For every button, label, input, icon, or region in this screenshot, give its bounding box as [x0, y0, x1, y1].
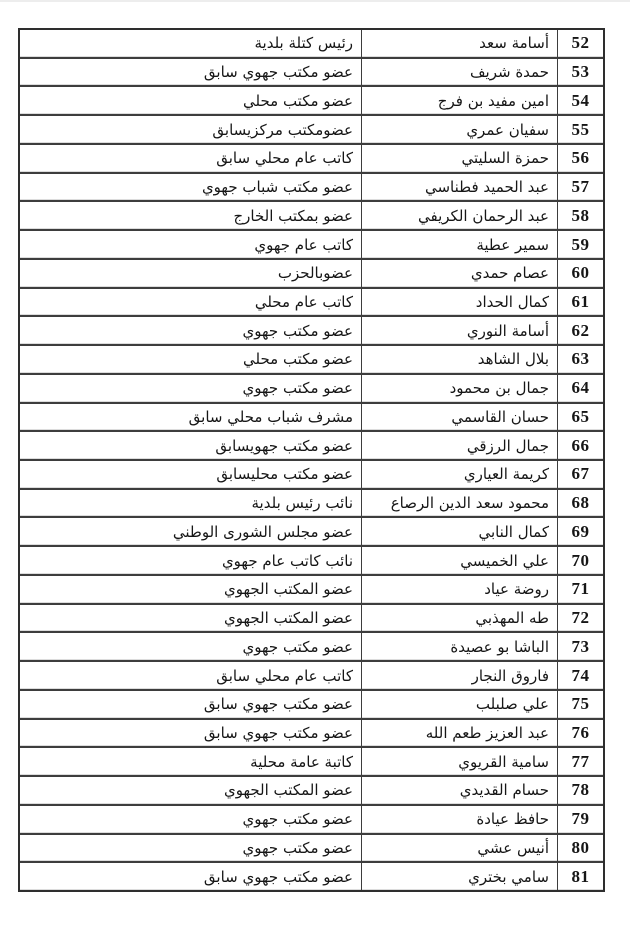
member-name-cell: حسام القديدي — [361, 777, 558, 804]
member-name-cell: الباشا بو عصيدة — [361, 633, 558, 660]
table-row: 74 فاروق النجار كاتب عام محلي سابق — [20, 662, 603, 691]
row-number-cell: 79 — [558, 806, 603, 833]
row-number-cell: 78 — [558, 777, 603, 804]
member-role-cell: عضو مكتب جهوي سابق — [20, 863, 361, 890]
member-role-cell: كاتب عام محلي سابق — [20, 662, 361, 689]
row-number-cell: 61 — [558, 289, 603, 316]
member-role-cell: نائب رئيس بلدية — [20, 490, 361, 517]
member-role-cell: عضو مكتب محليسابق — [20, 461, 361, 488]
member-name-cell: حسان القاسمي — [361, 404, 558, 431]
member-role-cell: عضو مكتب جهوي — [20, 835, 361, 862]
row-number-cell: 81 — [558, 863, 603, 890]
scan-artifact-top — [0, 0, 630, 2]
row-number-cell: 59 — [558, 231, 603, 258]
member-role-cell: عضو مكتب جهوي — [20, 806, 361, 833]
member-name-cell: بلال الشاهد — [361, 346, 558, 373]
member-name-cell: فاروق النجار — [361, 662, 558, 689]
member-name-cell: جمال الرزقي — [361, 432, 558, 459]
row-number-cell: 63 — [558, 346, 603, 373]
member-name-cell: علي صلبلب — [361, 691, 558, 718]
table-row: 80 أنيس عشي عضو مكتب جهوي — [20, 835, 603, 864]
member-role-cell: عضو المكتب الجهوي — [20, 605, 361, 632]
member-role-cell: عضو مكتب محلي — [20, 87, 361, 114]
member-name-cell: كمال الحداد — [361, 289, 558, 316]
member-role-cell: عضو مكتب محلي — [20, 346, 361, 373]
member-name-cell: حمدة شريف — [361, 59, 558, 86]
member-name-cell: عصام حمدي — [361, 260, 558, 287]
table-row: 53 حمدة شريف عضو مكتب جهوي سابق — [20, 59, 603, 88]
table-row: 72 طه المهذبي عضو المكتب الجهوي — [20, 605, 603, 634]
row-number-cell: 73 — [558, 633, 603, 660]
member-role-cell: عضو مكتب جهوي — [20, 317, 361, 344]
member-role-cell: عضو مجلس الشورى الوطني — [20, 518, 361, 545]
table-row: 55 سفيان عمري عضومكتب مركزيسابق — [20, 116, 603, 145]
member-name-cell: سفيان عمري — [361, 116, 558, 143]
row-number-cell: 80 — [558, 835, 603, 862]
member-role-cell: نائب كاتب عام جهوي — [20, 547, 361, 574]
member-name-cell: سمير عطية — [361, 231, 558, 258]
table-row: 75 علي صلبلب عضو مكتب جهوي سابق — [20, 691, 603, 720]
member-role-cell: عضو المكتب الجهوي — [20, 777, 361, 804]
member-role-cell: عضو مكتب جهوي سابق — [20, 59, 361, 86]
table-row: 64 جمال بن محمود عضو مكتب جهوي — [20, 375, 603, 404]
row-number-cell: 55 — [558, 116, 603, 143]
member-name-cell: عبد الحميد فطناسي — [361, 174, 558, 201]
member-role-cell: عضو مكتب جهوي — [20, 633, 361, 660]
member-role-cell: عضومكتب مركزيسابق — [20, 116, 361, 143]
table-row: 71 روضة عياد عضو المكتب الجهوي — [20, 576, 603, 605]
members-roster-table: 52 أسامة سعد رئيس كتلة بلدية 53 حمدة شري… — [18, 28, 605, 892]
member-name-cell: روضة عياد — [361, 576, 558, 603]
table-row: 66 جمال الرزقي عضو مكتب جهويسابق — [20, 432, 603, 461]
table-row: 57 عبد الحميد فطناسي عضو مكتب شباب جهوي — [20, 174, 603, 203]
member-name-cell: سامية القريوي — [361, 748, 558, 775]
table-row: 58 عبد الرحمان الكريفي عضو بمكتب الخارج — [20, 202, 603, 231]
member-name-cell: كريمة العياري — [361, 461, 558, 488]
scanned-document-page: 52 أسامة سعد رئيس كتلة بلدية 53 حمدة شري… — [0, 0, 630, 938]
row-number-cell: 75 — [558, 691, 603, 718]
member-role-cell: عضو مكتب جهوي سابق — [20, 720, 361, 747]
table-row: 56 حمزة السليتي كاتب عام محلي سابق — [20, 145, 603, 174]
member-role-cell: كاتبة عامة محلية — [20, 748, 361, 775]
member-role-cell: مشرف شباب محلي سابق — [20, 404, 361, 431]
row-number-cell: 74 — [558, 662, 603, 689]
row-number-cell: 71 — [558, 576, 603, 603]
member-role-cell: رئيس كتلة بلدية — [20, 30, 361, 57]
member-name-cell: أنيس عشي — [361, 835, 558, 862]
member-role-cell: عضوبالحزب — [20, 260, 361, 287]
member-role-cell: عضو مكتب شباب جهوي — [20, 174, 361, 201]
row-number-cell: 77 — [558, 748, 603, 775]
member-name-cell: عبد العزيز طعم الله — [361, 720, 558, 747]
member-role-cell: كاتب عام محلي — [20, 289, 361, 316]
table-row: 69 كمال النابي عضو مجلس الشورى الوطني — [20, 518, 603, 547]
row-number-cell: 57 — [558, 174, 603, 201]
row-number-cell: 68 — [558, 490, 603, 517]
member-name-cell: أسامة سعد — [361, 30, 558, 57]
member-role-cell: عضو بمكتب الخارج — [20, 202, 361, 229]
row-number-cell: 72 — [558, 605, 603, 632]
member-role-cell: عضو المكتب الجهوي — [20, 576, 361, 603]
member-name-cell: محمود سعد الدين الرصاع — [361, 490, 558, 517]
member-role-cell: عضو مكتب جهوي سابق — [20, 691, 361, 718]
table-row: 70 علي الخميسي نائب كاتب عام جهوي — [20, 547, 603, 576]
table-row: 54 امين مفيد بن فرج عضو مكتب محلي — [20, 87, 603, 116]
row-number-cell: 60 — [558, 260, 603, 287]
table-row: 67 كريمة العياري عضو مكتب محليسابق — [20, 461, 603, 490]
row-number-cell: 52 — [558, 30, 603, 57]
table-row: 77 سامية القريوي كاتبة عامة محلية — [20, 748, 603, 777]
member-role-cell: عضو مكتب جهويسابق — [20, 432, 361, 459]
row-number-cell: 65 — [558, 404, 603, 431]
member-name-cell: حمزة السليتي — [361, 145, 558, 172]
table-row: 59 سمير عطية كاتب عام جهوي — [20, 231, 603, 260]
row-number-cell: 69 — [558, 518, 603, 545]
member-name-cell: طه المهذبي — [361, 605, 558, 632]
table-row: 60 عصام حمدي عضوبالحزب — [20, 260, 603, 289]
row-number-cell: 53 — [558, 59, 603, 86]
table-row: 81 سامي بختري عضو مكتب جهوي سابق — [20, 863, 603, 890]
row-number-cell: 58 — [558, 202, 603, 229]
table-row: 65 حسان القاسمي مشرف شباب محلي سابق — [20, 404, 603, 433]
table-row: 63 بلال الشاهد عضو مكتب محلي — [20, 346, 603, 375]
row-number-cell: 66 — [558, 432, 603, 459]
member-name-cell: امين مفيد بن فرج — [361, 87, 558, 114]
row-number-cell: 76 — [558, 720, 603, 747]
member-name-cell: كمال النابي — [361, 518, 558, 545]
row-number-cell: 62 — [558, 317, 603, 344]
member-name-cell: علي الخميسي — [361, 547, 558, 574]
row-number-cell: 70 — [558, 547, 603, 574]
row-number-cell: 64 — [558, 375, 603, 402]
row-number-cell: 67 — [558, 461, 603, 488]
table-row: 78 حسام القديدي عضو المكتب الجهوي — [20, 777, 603, 806]
row-number-cell: 56 — [558, 145, 603, 172]
table-row: 61 كمال الحداد كاتب عام محلي — [20, 289, 603, 318]
table-row: 62 أسامة النوري عضو مكتب جهوي — [20, 317, 603, 346]
table-row: 76 عبد العزيز طعم الله عضو مكتب جهوي ساب… — [20, 720, 603, 749]
member-name-cell: أسامة النوري — [361, 317, 558, 344]
member-name-cell: حافظ عيادة — [361, 806, 558, 833]
table-row: 52 أسامة سعد رئيس كتلة بلدية — [20, 30, 603, 59]
table-row: 73 الباشا بو عصيدة عضو مكتب جهوي — [20, 633, 603, 662]
member-name-cell: جمال بن محمود — [361, 375, 558, 402]
member-name-cell: عبد الرحمان الكريفي — [361, 202, 558, 229]
table-row: 68 محمود سعد الدين الرصاع نائب رئيس بلدي… — [20, 490, 603, 519]
row-number-cell: 54 — [558, 87, 603, 114]
member-role-cell: كاتب عام جهوي — [20, 231, 361, 258]
member-role-cell: عضو مكتب جهوي — [20, 375, 361, 402]
member-role-cell: كاتب عام محلي سابق — [20, 145, 361, 172]
table-row: 79 حافظ عيادة عضو مكتب جهوي — [20, 806, 603, 835]
member-name-cell: سامي بختري — [361, 863, 558, 890]
